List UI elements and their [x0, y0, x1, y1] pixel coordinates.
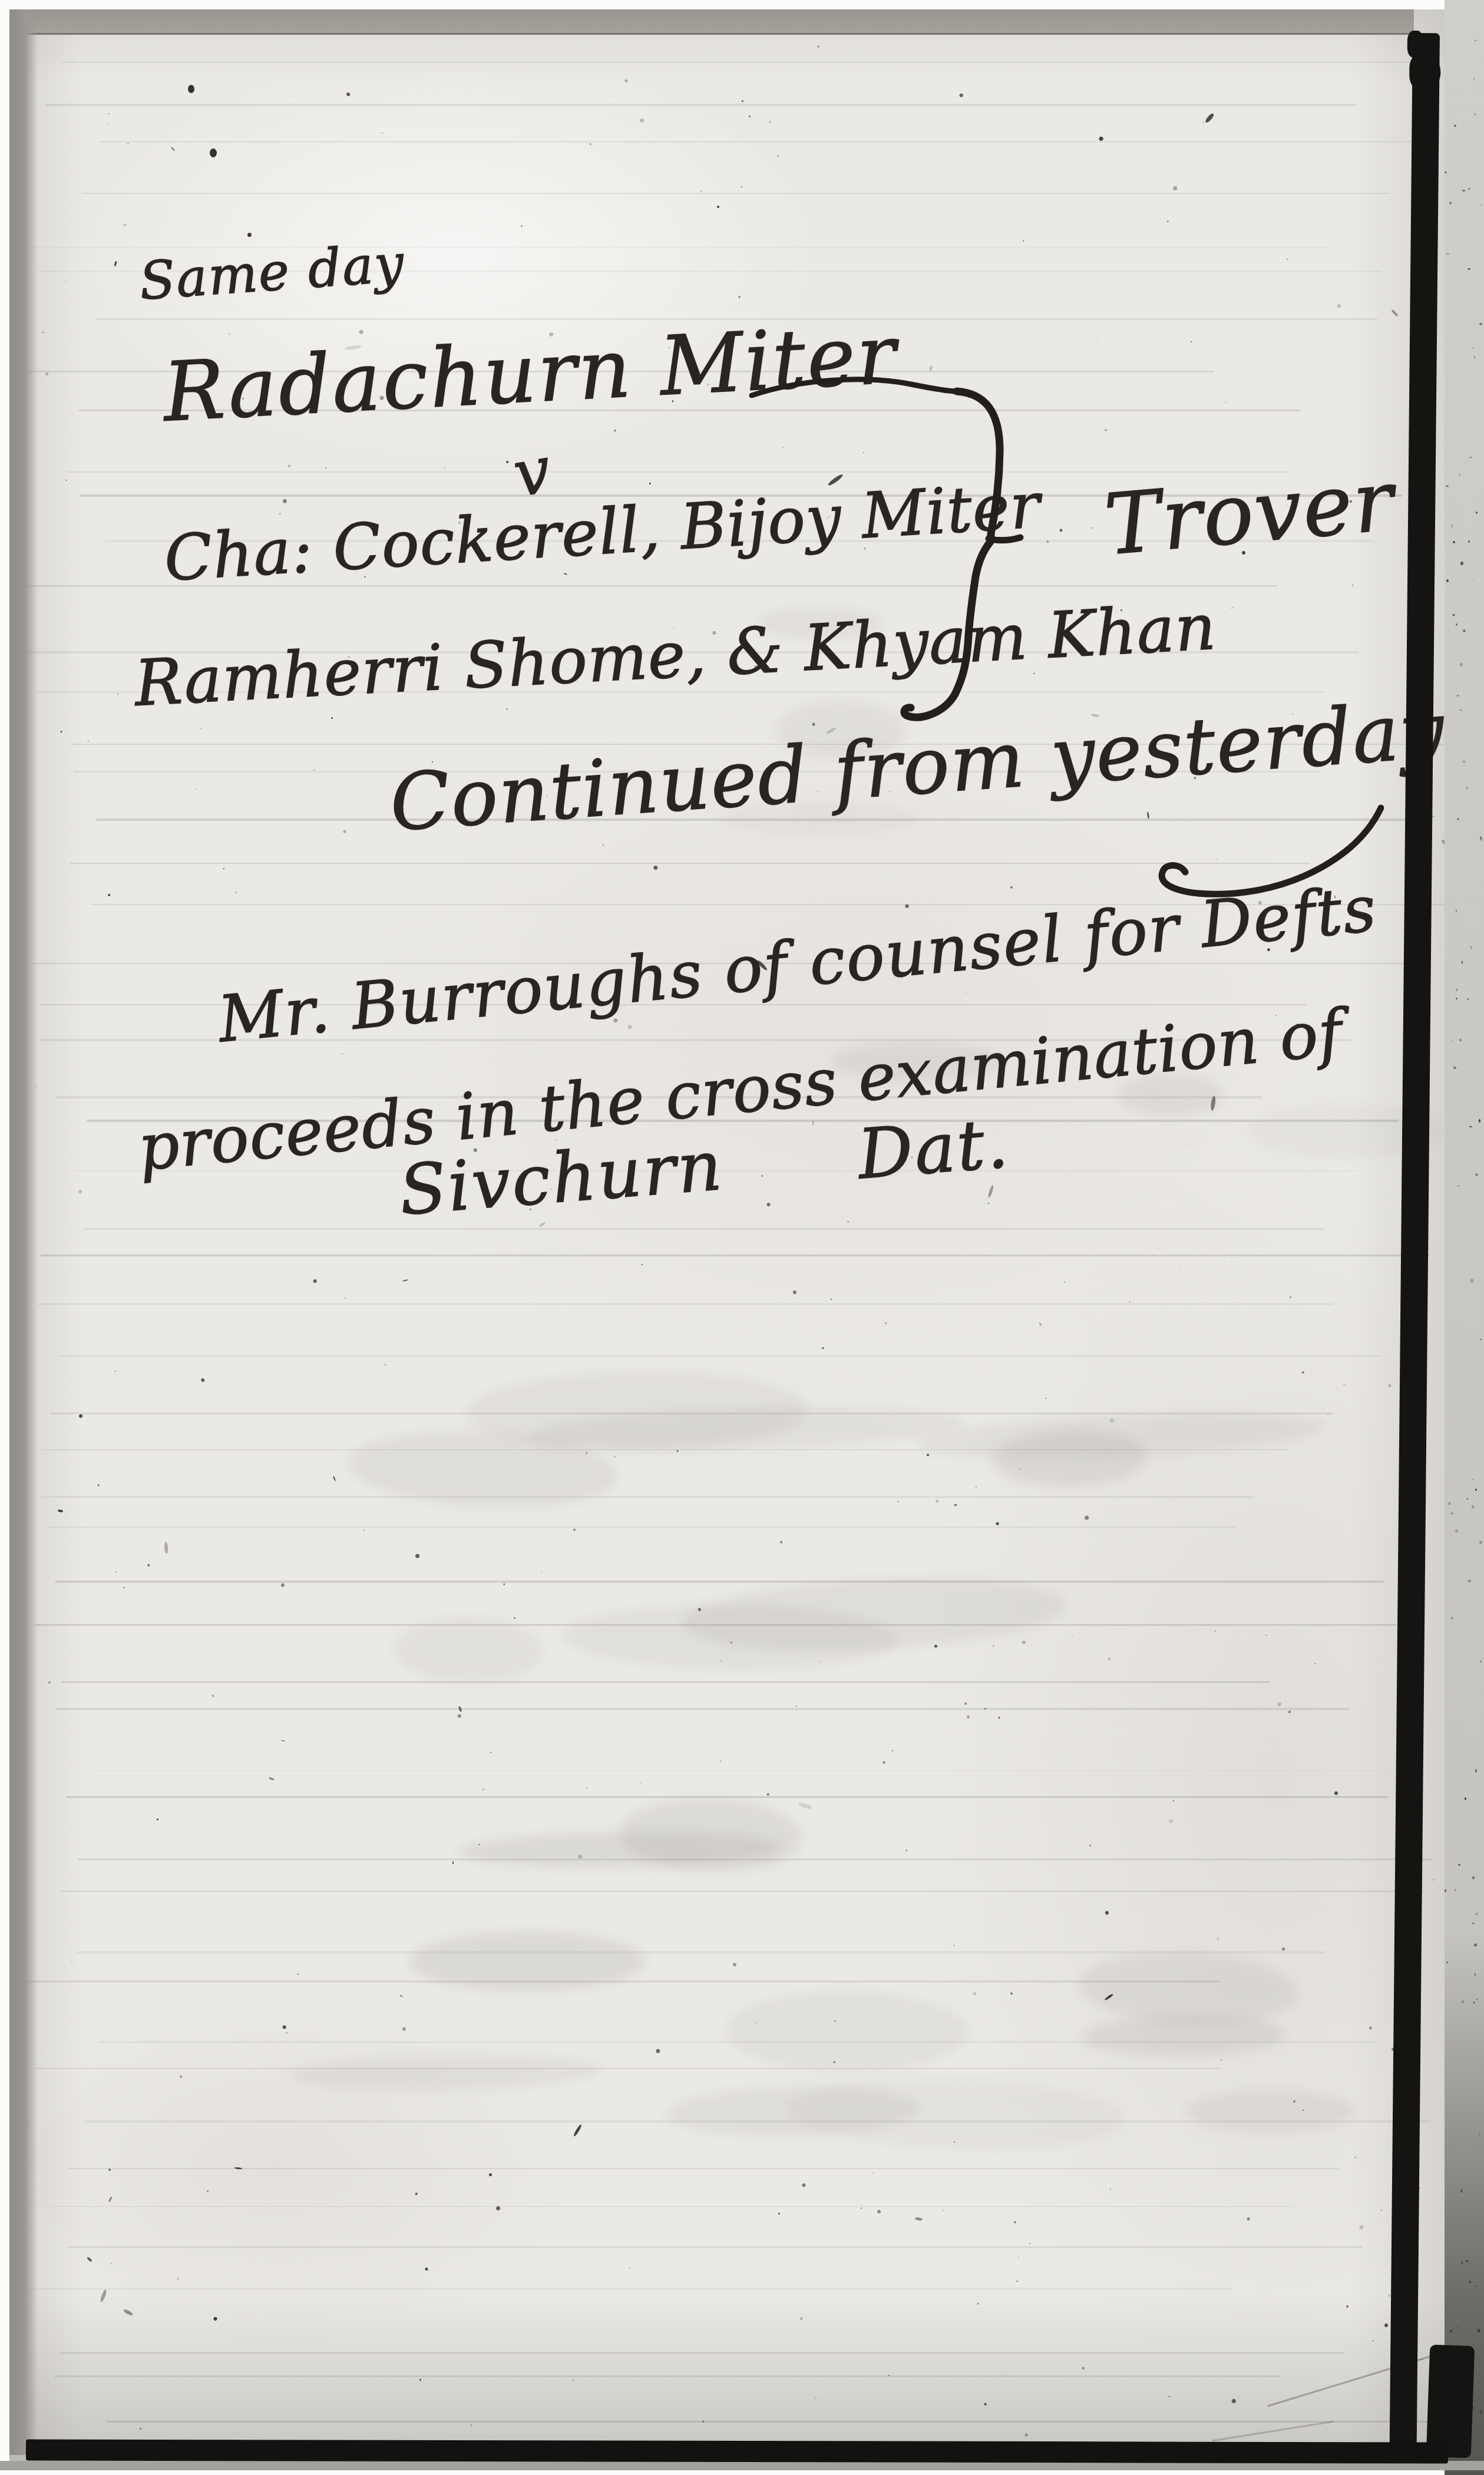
speck: [196, 788, 197, 790]
speck: [1039, 1322, 1042, 1326]
edge-speck: [1479, 1541, 1482, 1544]
edge-speck: [1475, 1973, 1476, 1976]
speck: [108, 2168, 111, 2171]
speck: [45, 372, 49, 376]
speck: [164, 1542, 168, 1553]
scan-line: [41, 1255, 1430, 1256]
speck: [1172, 1800, 1174, 1802]
speck: [343, 830, 346, 834]
edge-speck: [1474, 1943, 1477, 1946]
speck: [1106, 1657, 1110, 1661]
speck: [885, 1323, 887, 1324]
speck: [281, 1740, 285, 1742]
edge-speck: [1475, 1174, 1478, 1176]
speck: [223, 868, 224, 869]
speck: [514, 1617, 516, 1619]
speck: [966, 992, 967, 993]
speck: [943, 2210, 944, 2211]
scan-line: [60, 2352, 1344, 2354]
speck: [977, 2303, 979, 2305]
speck: [1205, 113, 1215, 124]
speck: [505, 460, 508, 463]
speck: [379, 133, 384, 134]
speck: [1290, 1296, 1291, 1298]
speck: [590, 143, 591, 145]
scan-line: [55, 1708, 1349, 1710]
speck: [732, 1962, 737, 1967]
scan-line: [107, 2421, 1444, 2423]
edge-speck: [1457, 818, 1459, 820]
speck: [934, 1644, 937, 1648]
speck: [283, 2025, 286, 2029]
speck: [1082, 2367, 1085, 2370]
speck: [972, 1991, 977, 1996]
ink-blot: [188, 85, 194, 93]
edge-speck: [1475, 1489, 1477, 1490]
speck: [993, 1646, 994, 1647]
speck: [346, 93, 350, 97]
speck: [108, 113, 110, 115]
speck: [342, 1053, 343, 1055]
scan-line: [54, 2375, 1281, 2377]
speck: [325, 467, 326, 468]
speck: [414, 1553, 420, 1559]
edge-speck: [1453, 541, 1455, 543]
speck: [1301, 1371, 1304, 1374]
speck: [898, 1500, 899, 1501]
speck: [402, 2027, 406, 2031]
speck: [780, 1540, 783, 1543]
scan-line: [45, 104, 1356, 106]
speck: [1023, 240, 1024, 242]
speck: [1433, 816, 1435, 817]
speck: [415, 2193, 418, 2196]
speck: [538, 1222, 546, 1227]
speck: [1096, 340, 1098, 341]
speck: [1084, 1514, 1090, 1520]
speck: [1343, 1009, 1346, 1012]
speck: [287, 464, 291, 468]
speck: [1010, 886, 1013, 889]
edge-speck: [1456, 2326, 1457, 2329]
speck: [1046, 540, 1049, 543]
case-brace-flourish: [734, 339, 1040, 752]
speck: [1099, 137, 1104, 141]
yesterday-swash: [1099, 799, 1394, 917]
speck: [639, 1782, 641, 1784]
speck: [60, 730, 62, 733]
speck: [964, 1702, 967, 1705]
edge-speck: [1467, 1498, 1468, 1500]
speck: [171, 146, 176, 151]
speck: [655, 2048, 661, 2054]
edge-speck: [1460, 2189, 1463, 2193]
speck: [742, 100, 744, 103]
smudge: [409, 1930, 646, 1992]
speck: [573, 1528, 576, 1531]
speck: [115, 1370, 116, 1371]
speck: [279, 513, 280, 514]
speck: [1090, 527, 1092, 529]
speck: [359, 329, 364, 334]
speck: [926, 1454, 929, 1457]
speck: [127, 143, 128, 145]
speck: [564, 573, 567, 575]
speck: [914, 2217, 923, 2220]
speck: [1190, 341, 1191, 342]
speck: [860, 2207, 862, 2209]
speck: [313, 1279, 318, 1283]
speck: [614, 429, 617, 432]
speck: [1315, 1662, 1316, 1664]
speck: [298, 1974, 299, 1975]
speck: [247, 233, 252, 237]
speck: [157, 1819, 158, 1820]
edge-speck: [1449, 202, 1452, 204]
speck: [403, 1279, 408, 1281]
edge-speck: [1472, 1876, 1475, 1879]
speck: [1214, 1630, 1215, 1631]
speck: [1189, 1144, 1191, 1146]
speck: [822, 1347, 824, 1349]
speck: [1018, 2256, 1019, 2258]
speck: [573, 2379, 574, 2381]
speck: [507, 708, 508, 709]
speck: [124, 1586, 125, 1588]
speck: [800, 2317, 803, 2320]
speck: [76, 2271, 78, 2273]
scan-line: [55, 1580, 1384, 1583]
speck: [741, 186, 742, 187]
edge-speck: [1479, 1119, 1481, 1122]
scan-line: [58, 1355, 1382, 1357]
speck: [988, 1203, 989, 1204]
edge-speck: [1456, 695, 1459, 696]
speck: [953, 1945, 954, 1946]
speck: [1110, 2189, 1111, 2190]
scan-bottom-border: [26, 2439, 1448, 2463]
speck: [815, 2397, 817, 2398]
edge-speck: [1463, 761, 1466, 762]
edge-speck: [1462, 2261, 1463, 2264]
speck: [107, 893, 111, 897]
scan-line: [41, 1496, 1255, 1498]
speck: [984, 2403, 987, 2406]
speck: [1220, 2060, 1221, 2061]
speck: [1334, 1791, 1338, 1795]
speck: [1024, 2433, 1028, 2437]
speck: [769, 121, 772, 124]
speck: [586, 1787, 589, 1790]
edge-speck: [1446, 253, 1449, 255]
speck: [385, 1364, 386, 1365]
speck: [1179, 1268, 1181, 1269]
speck: [1277, 1702, 1282, 1707]
scan-line: [34, 2068, 1222, 2069]
scan-line: [61, 1681, 1271, 1683]
speck: [1286, 258, 1288, 260]
speck: [817, 45, 819, 48]
speck: [107, 123, 108, 124]
speck: [1354, 2157, 1356, 2158]
speck: [488, 2173, 492, 2177]
speck: [123, 2308, 133, 2316]
scan-line: [61, 1890, 1425, 1892]
speck: [627, 1024, 633, 1029]
speck: [629, 2268, 630, 2269]
date-note: Same day: [138, 237, 406, 308]
speck: [541, 1571, 542, 1572]
speck: [1010, 1992, 1013, 1995]
speck: [767, 1793, 769, 1796]
edge-speck: [1478, 2329, 1480, 2332]
speck: [1432, 1879, 1434, 1881]
speck: [649, 483, 651, 484]
speck: [1169, 2396, 1170, 2397]
speck: [452, 1862, 454, 1864]
edge-speck: [1468, 540, 1470, 543]
speck: [1231, 2398, 1237, 2404]
speck: [229, 334, 230, 335]
speck: [717, 206, 720, 209]
speck: [1059, 529, 1063, 533]
speck: [905, 905, 909, 909]
speck: [798, 1801, 813, 1810]
speck: [1022, 1640, 1026, 1645]
edge-speck: [1476, 2327, 1477, 2329]
speck: [1351, 583, 1354, 588]
speck: [482, 1788, 485, 1790]
speck: [1231, 1261, 1232, 1262]
speck: [268, 1777, 274, 1781]
speck: [280, 1582, 285, 1587]
speck: [176, 2277, 180, 2281]
smudge: [725, 1991, 968, 2073]
scan-line: [99, 141, 1435, 142]
ink-blot: [210, 148, 217, 157]
scan-line: [22, 2288, 1231, 2290]
edge-speck: [1446, 1962, 1448, 1963]
speck: [1158, 1248, 1160, 1249]
speck: [653, 864, 659, 870]
scan-line: [82, 193, 1390, 194]
edge-speck: [1470, 946, 1472, 949]
speck: [419, 2378, 421, 2381]
speck: [200, 728, 201, 729]
paper-crease: [1212, 2421, 1334, 2442]
speck: [117, 694, 118, 695]
speck: [766, 1203, 770, 1207]
speck: [1346, 2305, 1349, 2308]
speck: [471, 2424, 472, 2426]
binding-shadow-foot: [1426, 2345, 1475, 2458]
speck: [200, 1378, 205, 1382]
speck: [140, 2428, 141, 2430]
speck: [624, 79, 628, 82]
speck: [1381, 2210, 1382, 2211]
speck: [1343, 1383, 1345, 1385]
speck: [79, 1414, 83, 1418]
speck: [613, 1456, 615, 1457]
speck: [399, 1995, 403, 1998]
speck: [720, 1760, 722, 1762]
speck: [1225, 402, 1227, 403]
edge-speck: [1480, 838, 1483, 841]
speck: [282, 499, 287, 504]
edge-speck: [1459, 474, 1460, 476]
speck: [1167, 221, 1168, 222]
speck: [234, 892, 237, 894]
speck: [211, 1695, 214, 1697]
edge-speck: [1474, 39, 1477, 41]
edge-speck: [1472, 1505, 1474, 1508]
speck: [1072, 1636, 1073, 1637]
speck: [976, 1486, 977, 1487]
edge-speck: [1453, 1067, 1456, 1069]
speck: [778, 2213, 781, 2215]
speck: [1384, 2322, 1389, 2327]
speck: [998, 1717, 1000, 1719]
edge-speck: [1463, 629, 1466, 632]
cause-of-action: Trover: [1102, 459, 1398, 567]
speck: [1030, 2243, 1031, 2244]
smudge: [1185, 2090, 1356, 2134]
speck: [1360, 2225, 1364, 2229]
edge-speck: [1454, 125, 1456, 127]
speck: [1369, 2026, 1373, 2030]
edge-speck: [1480, 2410, 1482, 2413]
speck: [1105, 1910, 1109, 1915]
speck: [1281, 1948, 1285, 1951]
edge-speck: [1468, 188, 1470, 189]
speck: [1391, 309, 1399, 316]
speck: [97, 1484, 100, 1486]
scan-line: [66, 1796, 1388, 1798]
speck: [1173, 186, 1178, 191]
edge-speck: [1459, 709, 1462, 711]
speck: [100, 2289, 107, 2302]
edge-speck: [1460, 562, 1463, 565]
manuscript-paper: Same day Radachurn Miter v Cha: Cockerel…: [9, 9, 1484, 2464]
speck: [111, 2263, 112, 2264]
speck: [877, 2209, 881, 2214]
edge-speck: [1466, 2260, 1469, 2262]
speck: [521, 225, 523, 226]
speck: [179, 2075, 182, 2078]
edge-speck: [1455, 1529, 1458, 1533]
speck: [892, 1750, 893, 1751]
speck: [954, 1504, 957, 1506]
speck: [801, 2183, 806, 2187]
speck: [87, 2257, 92, 2262]
scan-line: [67, 2168, 1340, 2170]
edge-speck: [1475, 2285, 1476, 2287]
edge-speck: [1474, 356, 1475, 359]
speck: [147, 1564, 150, 1567]
speck: [1016, 2281, 1017, 2282]
speck: [1202, 122, 1204, 124]
edge-speck: [1475, 1769, 1477, 1773]
speck: [87, 740, 90, 742]
scan-line: [66, 471, 1288, 473]
defendants-line-2: Ramherri Shome, & Khyam Khan: [133, 596, 1218, 716]
speck: [573, 2124, 582, 2137]
speck: [425, 2268, 428, 2271]
speck: [966, 1715, 971, 1720]
scan-line: [37, 1303, 1334, 1305]
edge-speck: [1479, 323, 1482, 325]
speck: [700, 191, 702, 192]
edge-speck: [1479, 2133, 1480, 2136]
speck: [1373, 2340, 1374, 2341]
speck: [330, 717, 333, 720]
edge-speck: [1470, 1279, 1473, 1282]
speck: [1217, 1938, 1218, 1939]
speck: [1288, 1711, 1291, 1713]
speck: [1247, 2217, 1250, 2220]
speck: [115, 1572, 117, 1573]
edge-speck: [1480, 1339, 1482, 1340]
speck: [65, 281, 67, 282]
speck: [602, 844, 603, 846]
scan-line: [23, 1981, 1219, 1982]
speck: [333, 1476, 336, 1481]
speck: [444, 467, 445, 468]
speck: [1387, 1384, 1392, 1388]
edge-speck: [1450, 2330, 1452, 2332]
speck: [1013, 2220, 1016, 2223]
smudge: [393, 1616, 544, 1685]
speck: [123, 223, 126, 226]
scan-line: [77, 1951, 1325, 1953]
speck: [1046, 1398, 1047, 1399]
speck: [987, 1185, 994, 1198]
speck: [883, 1761, 885, 1764]
speck: [457, 1714, 462, 1718]
speck: [1266, 1635, 1267, 1636]
smudge: [288, 2051, 601, 2094]
edge-speck: [1456, 988, 1457, 991]
speck: [213, 2316, 218, 2321]
page-edge-strip: [1445, 0, 1484, 2475]
speck: [831, 1299, 832, 1300]
speck: [65, 480, 67, 481]
speck: [1337, 303, 1341, 308]
speck: [778, 156, 779, 157]
scan-line: [51, 2206, 1294, 2207]
speck: [996, 1522, 1000, 1526]
scan-left-border: [9, 9, 38, 2455]
speck: [1063, 1282, 1065, 1283]
edge-speck: [1452, 614, 1455, 616]
edge-speck: [1480, 1661, 1482, 1662]
speck: [114, 261, 117, 266]
scan-line: [49, 1526, 1236, 1528]
speck: [642, 1264, 643, 1265]
edge-speck: [1476, 1999, 1478, 2000]
speck: [872, 2172, 874, 2174]
edge-speck: [1450, 1512, 1453, 1514]
speck: [503, 1583, 506, 1586]
speck: [363, 1530, 365, 1531]
edge-speck: [1466, 787, 1468, 789]
speck: [1090, 1845, 1091, 1846]
speck: [207, 2190, 209, 2192]
speck: [959, 93, 964, 98]
speck: [793, 1291, 796, 1294]
speck: [285, 2032, 287, 2034]
speck: [1168, 1819, 1174, 1824]
